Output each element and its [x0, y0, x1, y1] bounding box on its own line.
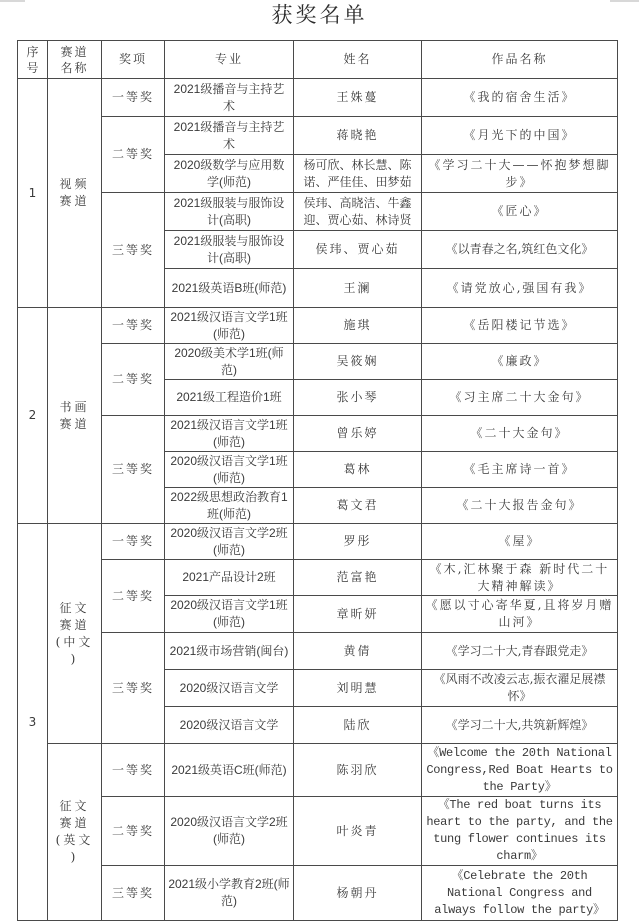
name-cell: 陆欣 — [294, 707, 422, 744]
track-line: 赛道 — [59, 194, 89, 208]
seq-cell: 1 — [18, 79, 48, 308]
seq-cell: 3 — [18, 524, 48, 921]
header-seq-line1: 序 — [26, 45, 38, 59]
major-cell: 2021级服装与服饰设计(高职) — [165, 231, 294, 269]
page-title: 获奖名单 — [0, 0, 639, 34]
award-cell: 三等奖 — [102, 193, 165, 308]
table-row: 二等奖 2021级播音与主持艺术 蒋晓艳 《月光下的中国》 — [18, 117, 618, 155]
major-cell: 2020级汉语言文学2班(师范) — [165, 797, 294, 866]
name-cell: 杨可欣、林长慧、陈诺、严佳佳、田梦茹 — [294, 155, 422, 193]
track-line: (中文 — [56, 635, 94, 649]
header-award: 奖项 — [102, 41, 165, 79]
major-cell: 2020级汉语言文学1班(师范) — [165, 452, 294, 488]
major-cell: 2021级英语C班(师范) — [165, 744, 294, 797]
track-line: 征文 — [59, 799, 89, 813]
major-cell: 2020级汉语言文学 — [165, 707, 294, 744]
major-cell: 2020级美术学1班(师范) — [165, 344, 294, 380]
major-cell: 2021级播音与主持艺术 — [165, 117, 294, 155]
seq-cell: 2 — [18, 308, 48, 524]
work-cell: 《廉政》 — [422, 344, 618, 380]
name-cell: 侯玮、高晓洁、牛鑫迎、贾心茹、林诗贤 — [294, 193, 422, 231]
major-cell: 2021级汉语言文学1班(师范) — [165, 308, 294, 344]
award-cell: 二等奖 — [102, 117, 165, 193]
track-line: (英文 — [56, 833, 94, 847]
header-work: 作品名称 — [422, 41, 618, 79]
work-cell: 《学习二十大,共筑新辉煌》 — [422, 707, 618, 744]
major-cell: 2021级播音与主持艺术 — [165, 79, 294, 117]
name-cell: 黄倩 — [294, 633, 422, 670]
name-cell: 陈羽欣 — [294, 744, 422, 797]
award-cell: 一等奖 — [102, 308, 165, 344]
work-cell: 《月光下的中国》 — [422, 117, 618, 155]
table-row: 3 征文 赛道 (中文 ) 一等奖 2020级汉语言文学2班(师范) 罗彤 《屋… — [18, 524, 618, 560]
work-cell: 《Welcome the 20th National Congress,Red … — [422, 744, 618, 797]
work-cell: 《请党放心,强国有我》 — [422, 269, 618, 308]
track-cell: 视频 赛道 — [48, 79, 102, 308]
name-cell: 侯玮、贾心茹 — [294, 231, 422, 269]
work-cell: 《愿以寸心寄华夏,且将岁月赠山河》 — [422, 596, 618, 633]
major-cell: 2021级服装与服饰设计(高职) — [165, 193, 294, 231]
header-major: 专业 — [165, 41, 294, 79]
major-cell: 2020级汉语言文学 — [165, 670, 294, 707]
work-cell: 《以青春之名,筑红色文化》 — [422, 231, 618, 269]
table-row: 三等奖 2021级市场营销(闽台) 黄倩 《学习二十大,青春跟党走》 — [18, 633, 618, 670]
name-cell: 葛文君 — [294, 488, 422, 524]
header-track-line2: 名称 — [60, 61, 88, 75]
table-row: 三等奖 2021级小学教育2班(师范) 杨朝丹 《Celebrate the 2… — [18, 866, 618, 921]
header-name: 姓名 — [294, 41, 422, 79]
award-cell: 三等奖 — [102, 416, 165, 524]
table-row: 三等奖 2021级服装与服饰设计(高职) 侯玮、高晓洁、牛鑫迎、贾心茹、林诗贤 … — [18, 193, 618, 231]
header-track: 赛道 名称 — [48, 41, 102, 79]
work-cell: 《岳阳楼记节选》 — [422, 308, 618, 344]
name-cell: 蒋晓艳 — [294, 117, 422, 155]
major-cell: 2021产品设计2班 — [165, 560, 294, 596]
award-cell: 一等奖 — [102, 524, 165, 560]
major-cell: 2022级思想政治教育1班(师范) — [165, 488, 294, 524]
major-cell: 2020级汉语言文学2班(师范) — [165, 524, 294, 560]
major-cell: 2021级工程造价1班 — [165, 380, 294, 416]
award-cell: 二等奖 — [102, 797, 165, 866]
name-cell: 杨朝丹 — [294, 866, 422, 921]
work-cell: 《二十大报告金句》 — [422, 488, 618, 524]
track-line: 赛道 — [59, 816, 89, 830]
work-cell: 《Celebrate the 20th National Congress an… — [422, 866, 618, 921]
name-cell: 王姝蔓 — [294, 79, 422, 117]
table-row: 二等奖 2020级美术学1班(师范) 吴筱娴 《廉政》 — [18, 344, 618, 380]
name-cell: 罗彤 — [294, 524, 422, 560]
name-cell: 范富艳 — [294, 560, 422, 596]
work-cell: 《毛主席诗一首》 — [422, 452, 618, 488]
major-cell: 2021级小学教育2班(师范) — [165, 866, 294, 921]
award-cell: 一等奖 — [102, 79, 165, 117]
table-header-row: 序 号 赛道 名称 奖项 专业 姓名 作品名称 — [18, 41, 618, 79]
header-seq-line2: 号 — [26, 61, 38, 75]
work-cell: 《二十大金句》 — [422, 416, 618, 452]
name-cell: 刘明慧 — [294, 670, 422, 707]
track-line: ) — [71, 652, 79, 666]
work-cell: 《木,汇林聚于森 新时代二十大精神解读》 — [422, 560, 618, 596]
track-line: ) — [71, 850, 79, 864]
track-line: 赛道 — [59, 618, 89, 632]
name-cell: 吴筱娴 — [294, 344, 422, 380]
track-line: 赛道 — [59, 417, 89, 431]
table-row: 2 书画 赛道 一等奖 2021级汉语言文学1班(师范) 施琪 《岳阳楼记节选》 — [18, 308, 618, 344]
award-cell: 三等奖 — [102, 866, 165, 921]
name-cell: 章昕妍 — [294, 596, 422, 633]
award-cell: 三等奖 — [102, 633, 165, 744]
name-cell: 曾乐婷 — [294, 416, 422, 452]
track-line: 书画 — [59, 400, 89, 414]
major-cell: 2021级汉语言文学1班(师范) — [165, 416, 294, 452]
work-cell: 《我的宿舍生活》 — [422, 79, 618, 117]
track-line: 视频 — [59, 177, 89, 191]
major-cell: 2021级市场营销(闽台) — [165, 633, 294, 670]
work-cell: 《学习二十大,青春跟党走》 — [422, 633, 618, 670]
header-track-line1: 赛道 — [60, 45, 88, 59]
header-seq: 序 号 — [18, 41, 48, 79]
awards-table: 序 号 赛道 名称 奖项 专业 姓名 作品名称 1 视频 赛道 一等奖 2021… — [17, 40, 618, 921]
work-cell: 《The red boat turns its heart to the par… — [422, 797, 618, 866]
work-cell: 《学习二十大——怀抱梦想脚步》 — [422, 155, 618, 193]
name-cell: 王澜 — [294, 269, 422, 308]
major-cell: 2020级汉语言文学1班(师范) — [165, 596, 294, 633]
table-row: 征文 赛道 (英文 ) 一等奖 2021级英语C班(师范) 陈羽欣 《Welco… — [18, 744, 618, 797]
table-row: 三等奖 2021级汉语言文学1班(师范) 曾乐婷 《二十大金句》 — [18, 416, 618, 452]
name-cell: 叶炎青 — [294, 797, 422, 866]
track-cell: 书画 赛道 — [48, 308, 102, 524]
work-cell: 《匠心》 — [422, 193, 618, 231]
track-cell: 征文 赛道 (英文 ) — [48, 744, 102, 921]
table-row: 1 视频 赛道 一等奖 2021级播音与主持艺术 王姝蔓 《我的宿舍生活》 — [18, 79, 618, 117]
table-row: 二等奖 2021产品设计2班 范富艳 《木,汇林聚于森 新时代二十大精神解读》 — [18, 560, 618, 596]
table-row: 二等奖 2020级汉语言文学2班(师范) 叶炎青 《The red boat t… — [18, 797, 618, 866]
award-cell: 二等奖 — [102, 560, 165, 633]
name-cell: 张小琴 — [294, 380, 422, 416]
track-cell: 征文 赛道 (中文 ) — [48, 524, 102, 744]
award-cell: 二等奖 — [102, 344, 165, 416]
award-cell: 一等奖 — [102, 744, 165, 797]
track-line: 征文 — [59, 601, 89, 615]
name-cell: 施琪 — [294, 308, 422, 344]
major-cell: 2020级数学与应用数学(师范) — [165, 155, 294, 193]
work-cell: 《习主席二十大金句》 — [422, 380, 618, 416]
name-cell: 葛林 — [294, 452, 422, 488]
work-cell: 《风雨不改凌云志,振衣濯足展襟怀》 — [422, 670, 618, 707]
major-cell: 2021级英语B班(师范) — [165, 269, 294, 308]
work-cell: 《屋》 — [422, 524, 618, 560]
